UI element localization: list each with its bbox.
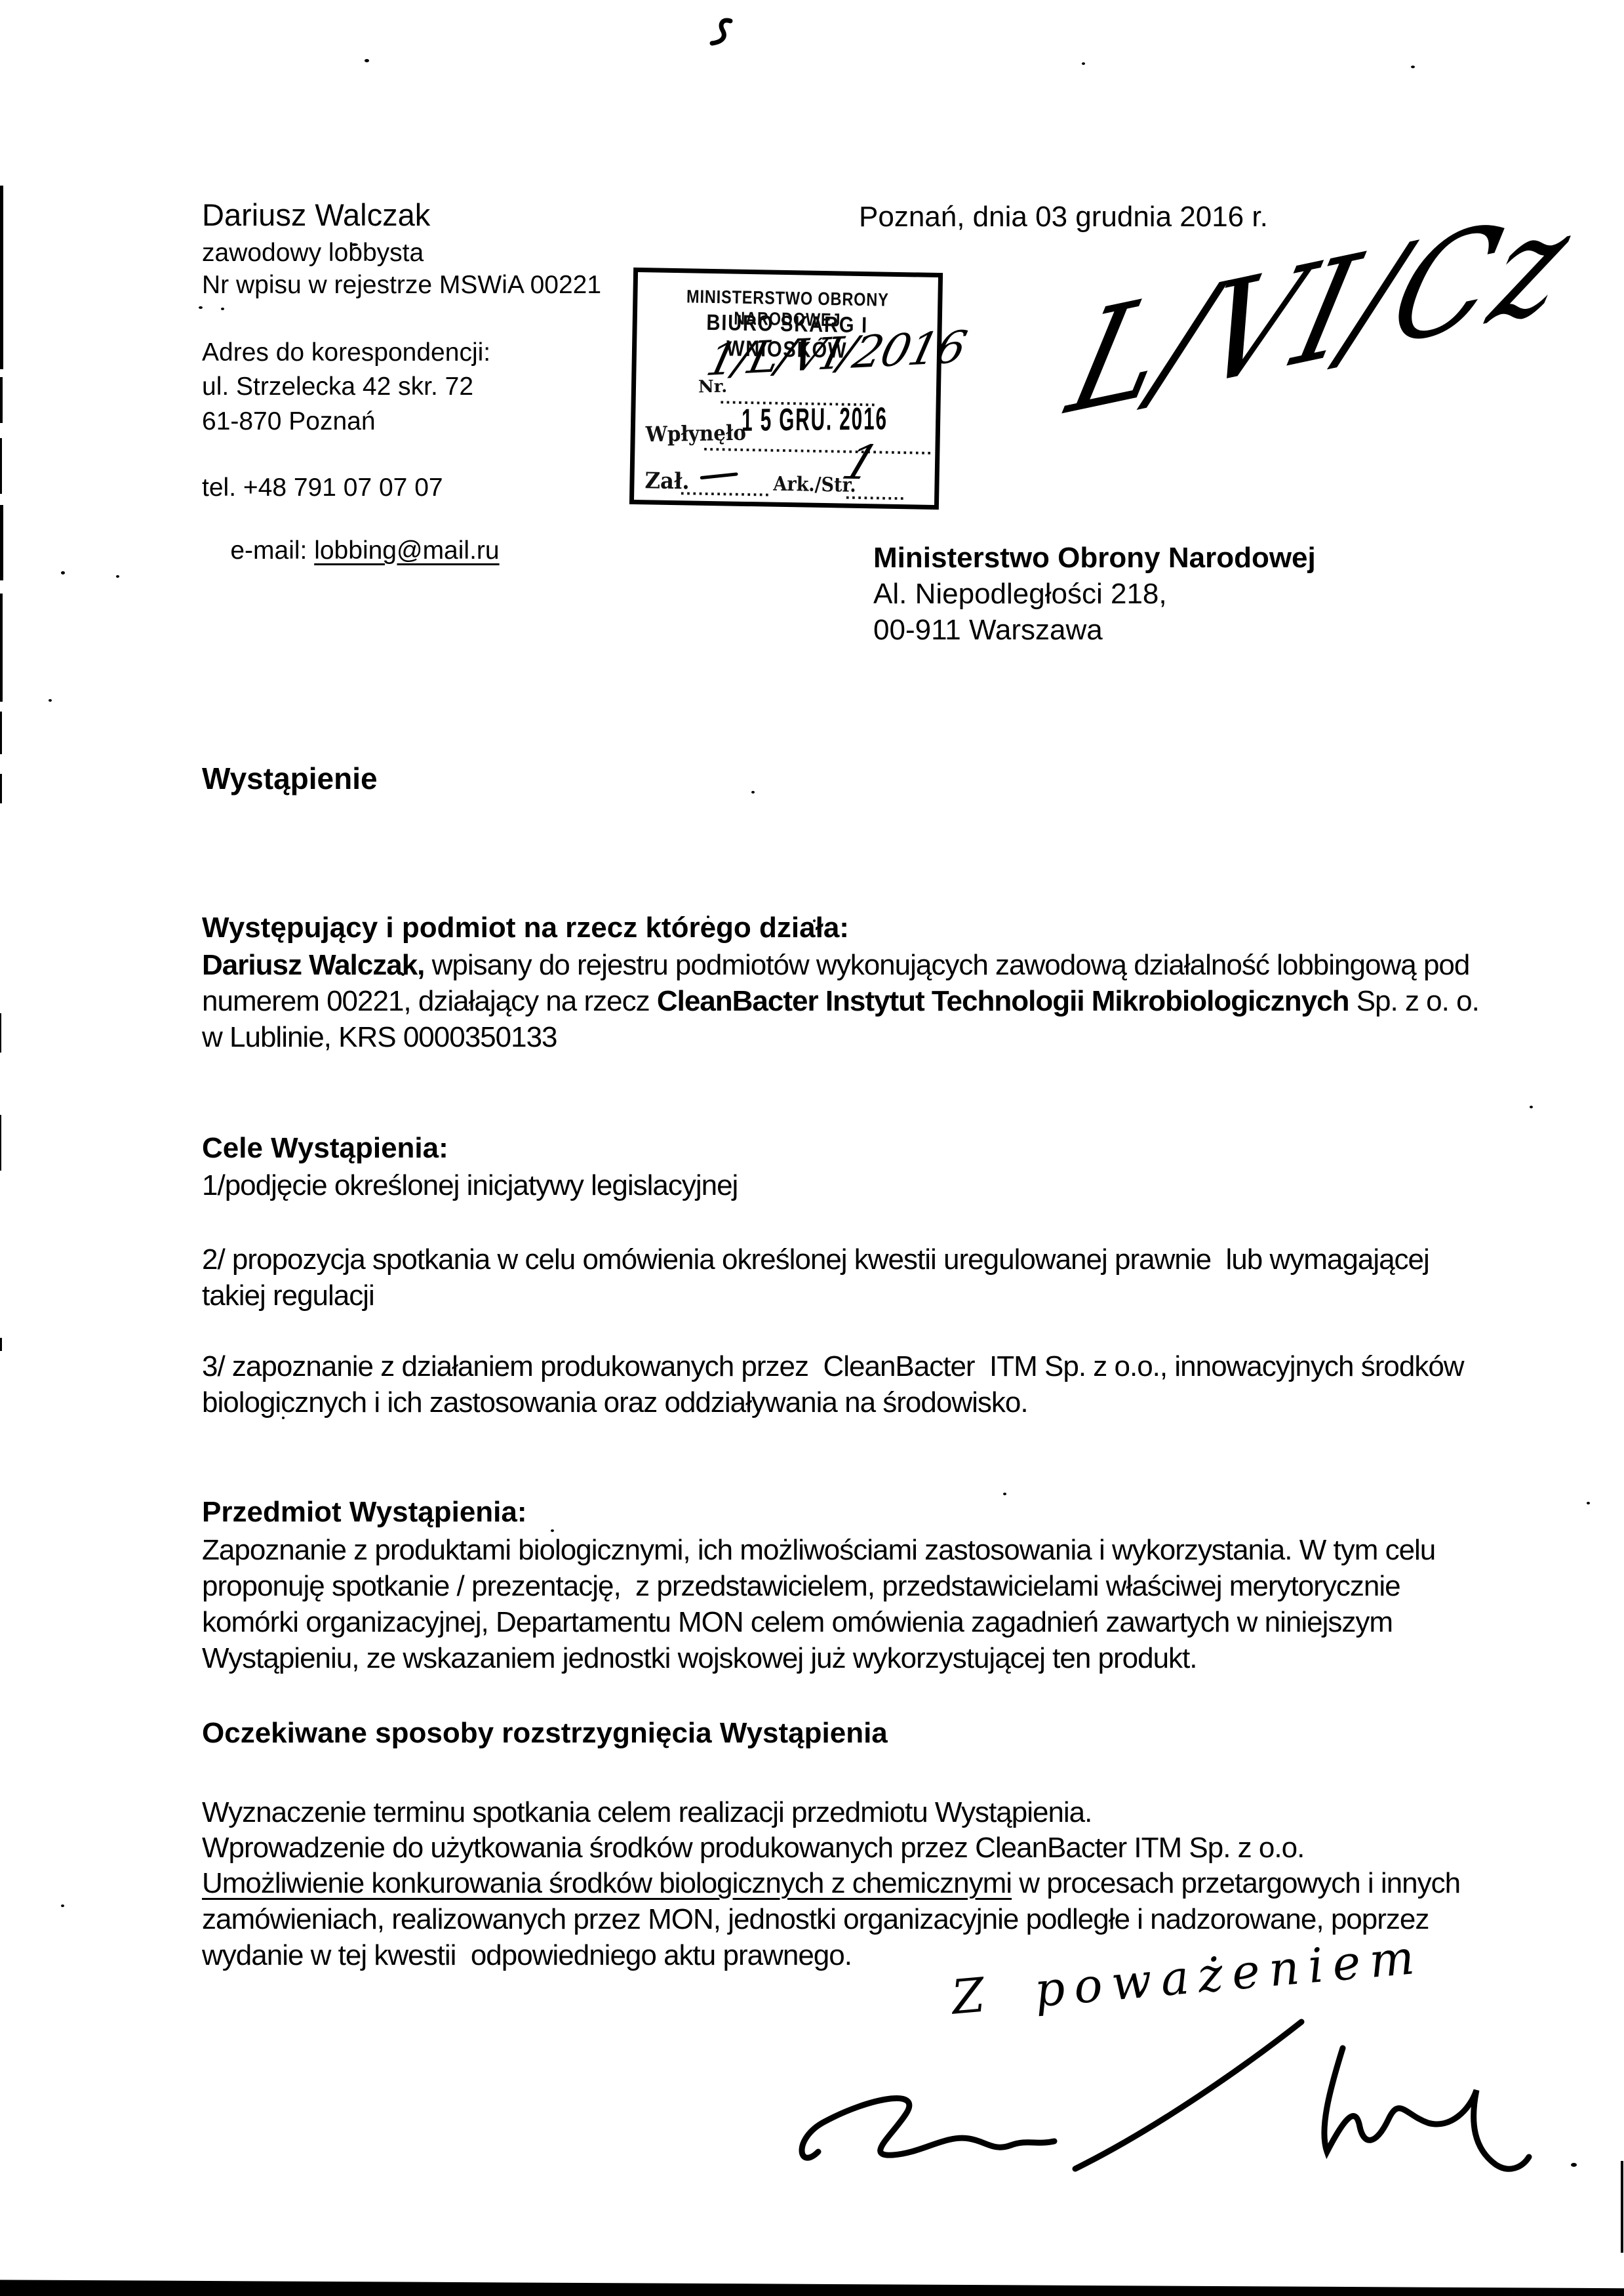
scan-speck [1530, 1106, 1533, 1108]
scan-speck [365, 59, 369, 62]
registry-stamp: MINISTERSTWO OBRONY NARODOWEJ BIURO SKAR… [629, 268, 943, 510]
recipient-line2: Al. Niepodległości 218, [873, 578, 1167, 611]
scan-speck [1571, 2163, 1577, 2167]
subject-title: Wystąpienie [202, 761, 378, 796]
outcome-para-2: Wprowadzenie do użytkowania środków prod… [202, 1830, 1487, 1866]
motion-subject-body: Zapoznanie z produktami biologicznymi, i… [202, 1532, 1487, 1676]
sender-phone: tel. +48 791 07 07 07 [202, 473, 443, 502]
scan-edge-artifact [0, 1115, 1, 1171]
sender-registry-no: Nr wpisu w rejestrze MSWiA 00221 [202, 271, 601, 300]
applicant-body: Dariusz Walczak, wpisany do rejestru pod… [202, 947, 1487, 1055]
scan-edge-artifact [0, 1013, 1, 1053]
scan-speck [49, 699, 52, 702]
goal-item-1: 1/podjęcie określonej inicjatywy legisla… [202, 1167, 1487, 1203]
scan-edge-artifact [0, 377, 3, 423]
sender-role: zawodowy lobbysta [202, 239, 424, 268]
sender-street: ul. Strzelecka 42 skr. 72 [202, 373, 473, 401]
scan-speck [351, 243, 358, 246]
scan-speck [116, 575, 119, 578]
email-address: lobbing@mail.ru [314, 536, 499, 565]
scan-speck [61, 571, 65, 574]
handwritten-signature [793, 2017, 1567, 2174]
scan-speck [707, 916, 709, 918]
sender-name: Dariusz Walczak [202, 197, 430, 233]
scan-speck [1587, 1502, 1590, 1504]
motion-subject-heading: Przedmiot Wystąpienia: [202, 1496, 527, 1529]
stamp-received-dots: ...................................... [703, 435, 933, 459]
stamp-attachments-dots: ............... [680, 479, 771, 500]
scan-bottom-edge-artifact [0, 2278, 1624, 2296]
scan-speck [199, 306, 203, 309]
scan-edge-artifact [0, 774, 2, 803]
goal-item-2: 2/ propozycja spotkania w celu omówienia… [202, 1241, 1487, 1314]
outcome-heading: Oczekiwane sposoby rozstrzygnięcia Wystą… [202, 1717, 888, 1750]
stamp-attachments-handwritten-dash [700, 472, 738, 479]
sender-email-line: e-mail: lobbing@mail.ru [202, 508, 500, 594]
outcome-para-1: Wyznaczenie terminu spotkania celem real… [202, 1794, 1487, 1830]
scan-edge-artifact [0, 1338, 2, 1351]
goals-heading: Cele Wystąpienia: [202, 1132, 448, 1165]
scan-speck [221, 308, 224, 310]
scan-edge-artifact [0, 186, 3, 369]
date-line: Poznań, dnia 03 grudnia 2016 r. [859, 201, 1268, 233]
scan-right-edge-artifact [1621, 2161, 1623, 2253]
scan-speck [401, 973, 405, 976]
scanned-letter-page: Dariusz Walczak zawodowy lobbysta Nr wpi… [0, 0, 1624, 2296]
email-label: e-mail: [230, 536, 314, 565]
scan-speck [813, 919, 816, 922]
scan-edge-artifact [0, 712, 2, 754]
applicant-heading: Występujący i podmiot na rzecz którego d… [202, 912, 849, 944]
goal-item-3: 3/ zapoznanie z działaniem produkowanych… [202, 1348, 1487, 1420]
scan-speck [551, 1529, 554, 1532]
sender-correspondence-label: Adres do korespondencji: [202, 338, 490, 367]
scan-speck [1082, 62, 1085, 65]
scan-edge-artifact [0, 438, 2, 494]
scan-edge-artifact [0, 594, 3, 702]
sender-city: 61-870 Poznań [202, 407, 376, 436]
scan-speck [61, 1904, 64, 1907]
scan-speck [1003, 1493, 1006, 1495]
scan-speck [282, 1417, 285, 1419]
scan-speck [1411, 66, 1415, 68]
recipient-line3: 00-911 Warszawa [873, 614, 1103, 647]
stamp-received-date: 1 5 GRU. 2016 [742, 401, 888, 438]
scan-edge-artifact [0, 505, 3, 580]
recipient-line1: Ministerstwo Obrony Narodowej [873, 542, 1316, 574]
scan-speck [751, 791, 755, 794]
pen-mark-icon [707, 14, 738, 49]
